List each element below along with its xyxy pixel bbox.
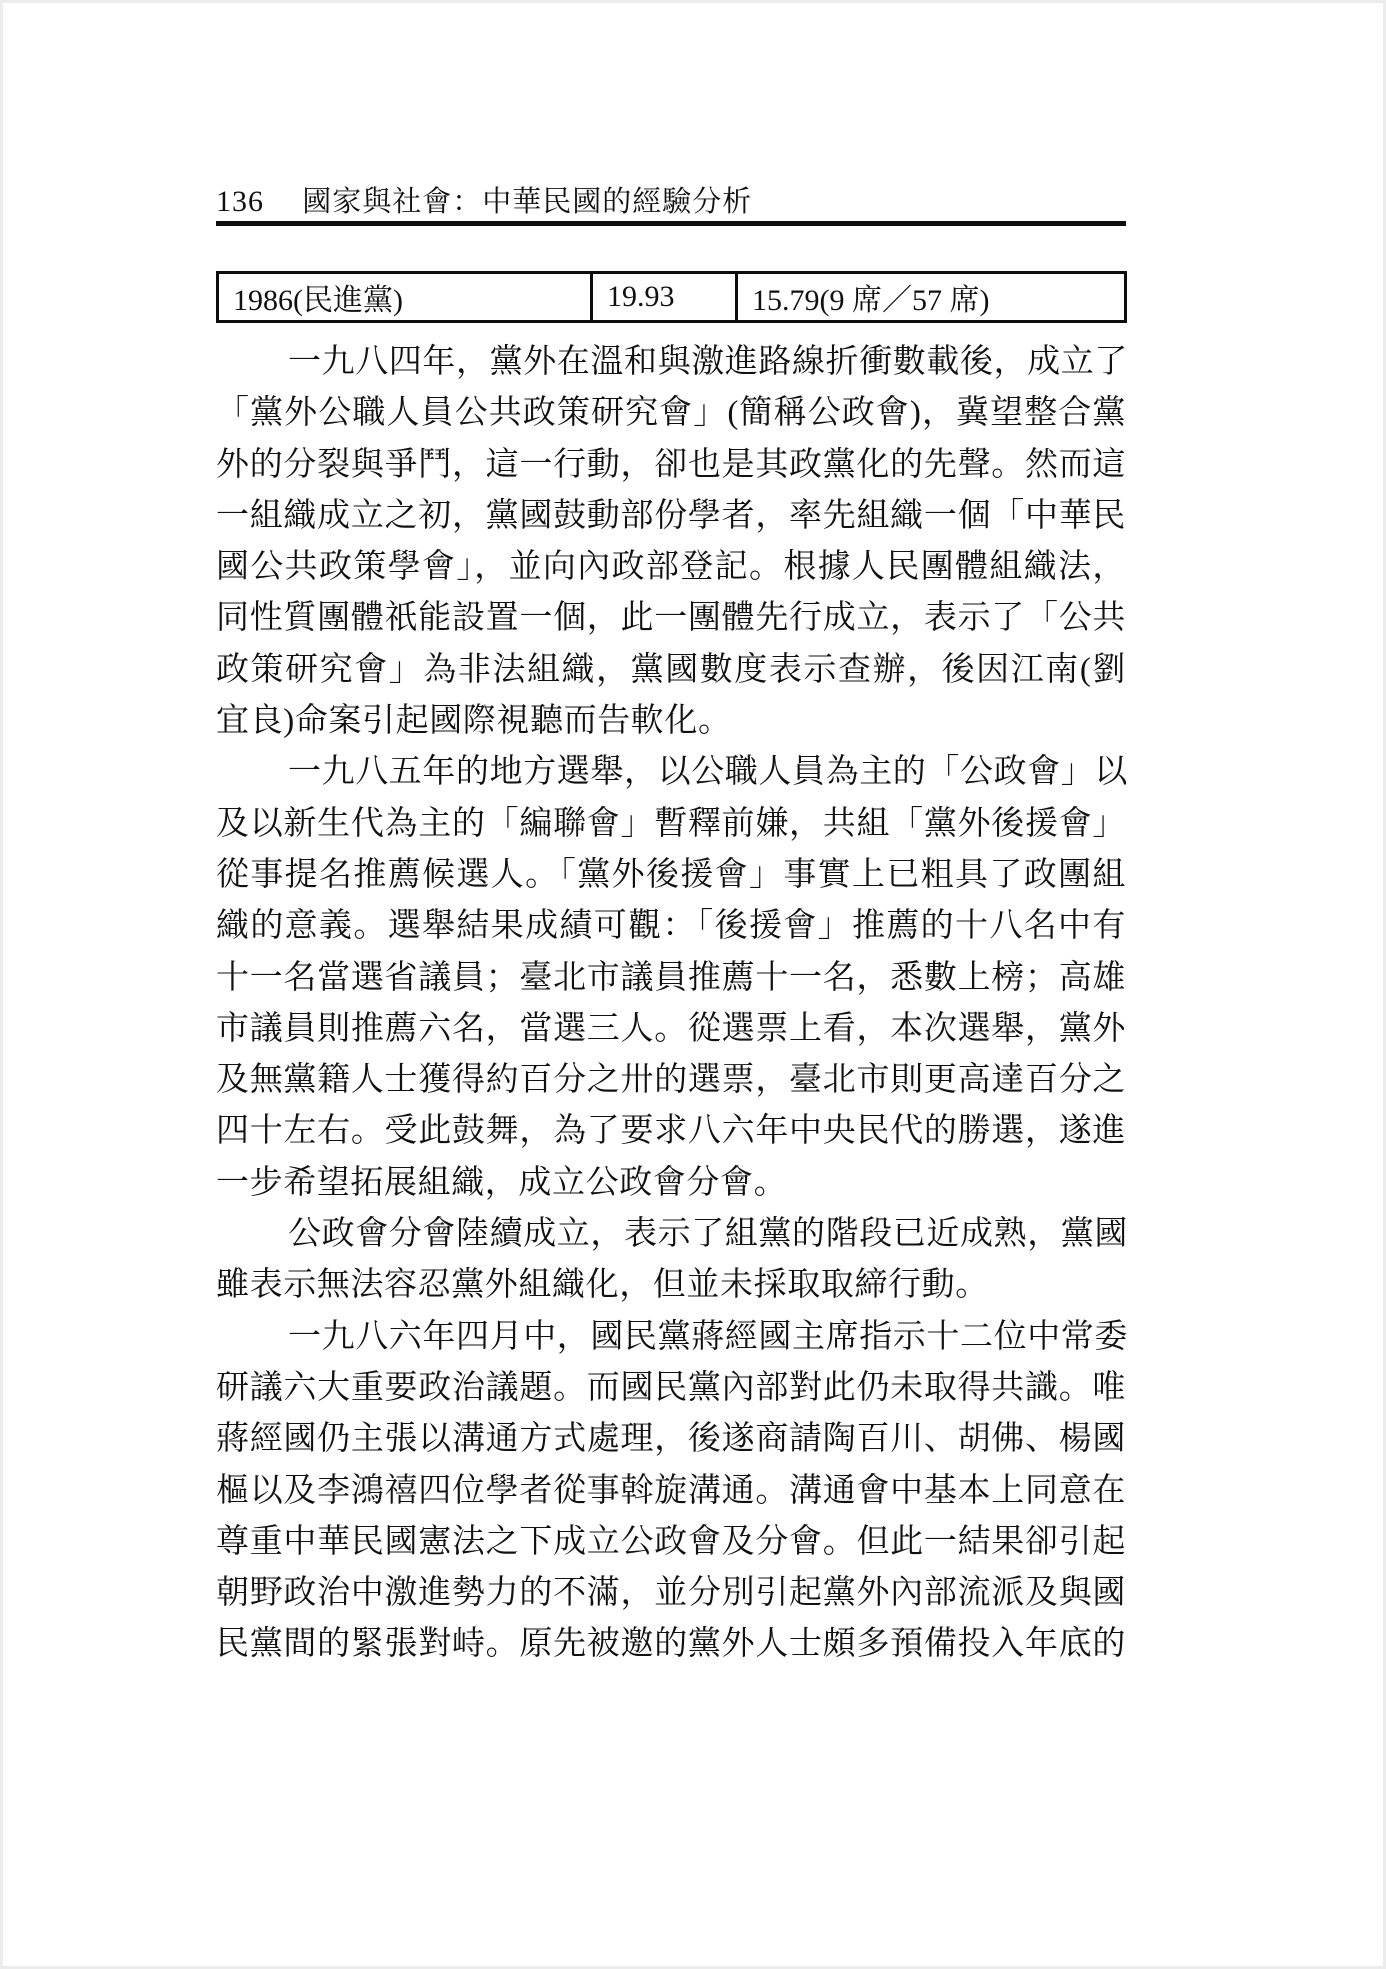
body-text: 一九八四年，黨外在溫和與激進路線折衝數載後，成立了「黨外公職人員公共政策研究會」… (216, 337, 1126, 1671)
text-line: 研議六大重要政治議題。而國民黨內部對此仍未取得共識。唯 (216, 1363, 1126, 1414)
text-line: 同性質團體祇能設置一個，此一團體先行成立，表示了「公共 (216, 593, 1126, 644)
paragraph: 一九八四年，黨外在溫和與激進路線折衝數載後，成立了「黨外公職人員公共政策研究會」… (216, 337, 1126, 747)
page-header: 136 國家與社會：中華民國的經驗分析 (216, 179, 1126, 220)
text-line: 一步希望拓展組織，成立公政會分會。 (216, 1158, 1126, 1209)
book-page: 136 國家與社會：中華民國的經驗分析 1986(民進黨) 19.93 15.7… (0, 0, 1386, 1969)
text-line: 蔣經國仍主張以溝通方式處理，後遂商請陶百川、胡佛、楊國 (216, 1414, 1126, 1465)
page-number: 136 (216, 185, 264, 219)
text-line: 一九八六年四月中，國民黨蔣經國主席指示十二位中常委 (216, 1312, 1126, 1363)
text-line: 十一名當選省議員；臺北市議員推薦十一名，悉數上榜；高雄 (216, 953, 1126, 1004)
text-line: 及以新生代為主的「編聯會」暫釋前嫌，共組「黨外後援會」 (216, 799, 1126, 850)
cell-year-party: 1986(民進黨) (218, 273, 592, 322)
text-line: 宜良)命案引起國際視聽而告軟化。 (216, 696, 1126, 747)
running-title: 國家與社會：中華民國的經驗分析 (302, 186, 752, 218)
paragraph: 一九八六年四月中，國民黨蔣經國主席指示十二位中常委研議六大重要政治議題。而國民黨… (216, 1312, 1126, 1671)
paragraph: 公政會分會陸續成立，表示了組黨的階段已近成熟，黨國雖表示無法容忍黨外組織化，但並… (216, 1209, 1126, 1312)
text-line: 一九八五年的地方選舉，以公職人員為主的「公政會」以 (216, 747, 1126, 798)
text-line: 國公共政策學會」，並向內政部登記。根據人民團體組織法， (216, 542, 1126, 593)
text-line: 雖表示無法容忍黨外組織化，但並未採取取締行動。 (216, 1260, 1126, 1311)
text-line: 「黨外公職人員公共政策研究會」(簡稱公政會)，冀望整合黨 (216, 388, 1126, 439)
text-line: 公政會分會陸續成立，表示了組黨的階段已近成熟，黨國 (216, 1209, 1126, 1260)
table-row: 1986(民進黨) 19.93 15.79(9 席／57 席) (218, 273, 1126, 322)
text-line: 四十左右。受此鼓舞，為了要求八六年中央民代的勝選，遂進 (216, 1106, 1126, 1157)
paragraph: 一九八五年的地方選舉，以公職人員為主的「公政會」以及以新生代為主的「編聯會」暫釋… (216, 747, 1126, 1209)
text-line: 政策研究會」為非法組織，黨國數度表示查辦，後因江南(劉 (216, 645, 1126, 696)
text-line: 從事提名推薦候選人。「黨外後援會」事實上已粗具了政團組 (216, 850, 1126, 901)
text-line: 樞以及李鴻禧四位學者從事斡旋溝通。溝通會中基本上同意在 (216, 1466, 1126, 1517)
election-results-table: 1986(民進黨) 19.93 15.79(9 席／57 席) (216, 271, 1127, 323)
text-line: 尊重中華民國憲法之下成立公政會及分會。但此一結果卻引起 (216, 1517, 1126, 1568)
cell-vote-share: 19.93 (592, 273, 737, 322)
text-line: 一九八四年，黨外在溫和與激進路線折衝數載後，成立了 (216, 337, 1126, 388)
cell-seats: 15.79(9 席／57 席) (737, 273, 1126, 322)
text-line: 一組織成立之初，黨國鼓動部份學者，率先組織一個「中華民 (216, 491, 1126, 542)
text-line: 市議員則推薦六名，當選三人。從選票上看，本次選舉，黨外 (216, 1004, 1126, 1055)
text-line: 織的意義。選舉結果成績可觀：「後援會」推薦的十八名中有 (216, 901, 1126, 952)
text-line: 朝野政治中激進勢力的不滿，並分別引起黨外內部流派及與國 (216, 1568, 1126, 1619)
header-rule (216, 221, 1126, 226)
text-line: 外的分裂與爭鬥，這一行動，卻也是其政黨化的先聲。然而這 (216, 440, 1126, 491)
text-line: 及無黨籍人士獲得約百分之卅的選票，臺北市則更高達百分之 (216, 1055, 1126, 1106)
text-line: 民黨間的緊張對峙。原先被邀的黨外人士頗多預備投入年底的 (216, 1619, 1126, 1670)
